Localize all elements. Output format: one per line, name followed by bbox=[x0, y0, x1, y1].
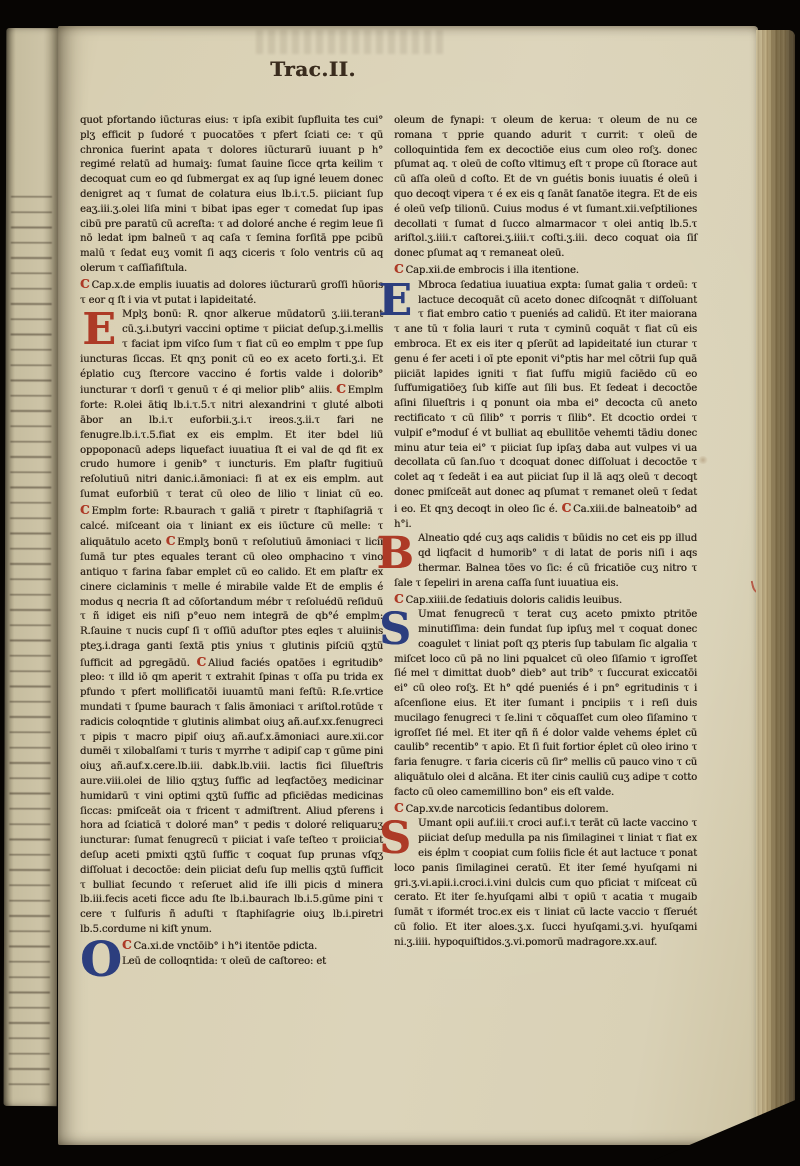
pilcrow-mark: C bbox=[80, 277, 91, 291]
illuminated-initial: B bbox=[376, 534, 414, 576]
text-paragraph: OCCa.xi.de vnctōib° i h°i itentōe pdicta… bbox=[80, 938, 383, 970]
pilcrow-mark: C bbox=[394, 801, 405, 815]
pilcrow-mark: C bbox=[562, 501, 573, 515]
chapter-heading: CCap.xii.de embrocis i illa itentione. bbox=[394, 262, 697, 279]
pilcrow-mark: C bbox=[394, 592, 405, 606]
page-header: Trac.II. bbox=[243, 57, 383, 81]
fore-edge-page-stack bbox=[756, 30, 795, 1143]
chapter-heading: CCap.xv.de narcoticis ſedantibus dolorem… bbox=[394, 801, 697, 818]
chapter-heading: CCap.xiiii.de ſedatiuis doloris calidis … bbox=[394, 592, 697, 609]
illuminated-initial: S bbox=[376, 819, 414, 861]
pilcrow-mark: C bbox=[197, 655, 208, 669]
illuminated-initial: E bbox=[376, 281, 414, 323]
illuminated-initial: E bbox=[80, 310, 118, 352]
pilcrow-mark: C bbox=[122, 938, 133, 952]
facing-page-edge bbox=[4, 28, 60, 1106]
left-column: quot pfortando iūcturas eius: τ ipſa exi… bbox=[80, 114, 383, 988]
illuminated-initial: S bbox=[376, 610, 414, 652]
illuminated-initial: O bbox=[80, 940, 118, 988]
paper-stain bbox=[460, 531, 610, 583]
pilcrow-mark: C bbox=[394, 262, 405, 276]
paper-stain bbox=[698, 456, 708, 464]
text-paragraph: EMplʒ bonū: R. qnor alkerue mūdatorū ʒ.i… bbox=[80, 308, 383, 937]
pilcrow-mark: C bbox=[336, 382, 347, 396]
ink-showthrough bbox=[256, 30, 446, 54]
book-page: Trac.II. quot pfortando iūcturas eius: τ… bbox=[58, 26, 758, 1145]
chapter-heading: CCap.x.de emplis iuuatis ad dolores iūct… bbox=[80, 277, 383, 309]
text-paragraph: EMbroca ſedatiua iuuatiua expta: ſumat g… bbox=[394, 279, 697, 533]
pilcrow-mark: C bbox=[166, 534, 177, 548]
text-paragraph: SUmat fenugrecū τ terat cuʒ aceto pmixto… bbox=[394, 608, 697, 800]
pilcrow-mark: C bbox=[80, 503, 91, 517]
facing-page-text-lines bbox=[9, 196, 52, 1091]
text-paragraph: SUmant opii auf.iii.τ croci auf.i.τ terā… bbox=[394, 817, 697, 950]
paper-stain bbox=[418, 174, 478, 204]
text-paragraph: quot pfortando iūcturas eius: τ ipſa exi… bbox=[80, 114, 383, 277]
